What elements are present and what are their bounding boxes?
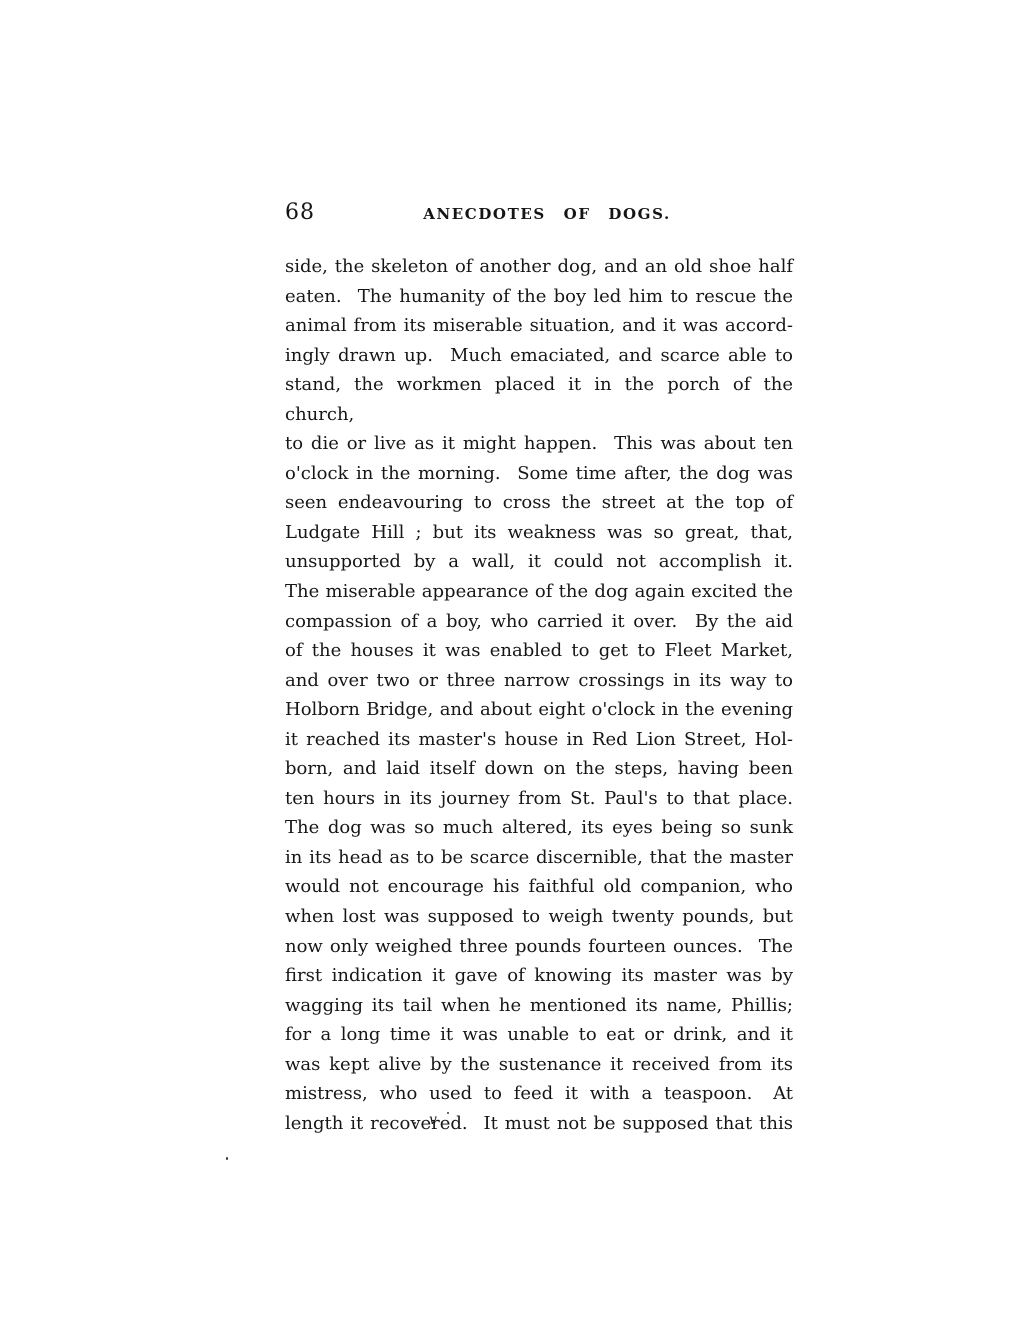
text-line: length it recovered. It must not be supp… bbox=[285, 1109, 793, 1139]
text-line: seen endeavouring to cross the street at… bbox=[285, 488, 793, 518]
text-line: for a long time it was unable to eat or … bbox=[285, 1020, 793, 1050]
ink-speck bbox=[414, 1122, 416, 1124]
text-line: in its head as to be scarce discernible,… bbox=[285, 843, 793, 873]
text-line: mistress, who used to feed it with a tea… bbox=[285, 1079, 793, 1109]
text-line: ten hours in its journey from St. Paul's… bbox=[285, 784, 793, 814]
ink-speck bbox=[226, 1157, 228, 1160]
text-line: ingly drawn up. Much emaciated, and scar… bbox=[285, 341, 793, 371]
running-title: ANECDOTES OF DOGS. bbox=[285, 205, 809, 223]
text-line: stand, the workmen placed it in the porc… bbox=[285, 370, 793, 429]
text-line: and over two or three narrow crossings i… bbox=[285, 666, 793, 696]
text-line: eaten. The humanity of the boy led him t… bbox=[285, 282, 793, 312]
text-line: The miserable appearance of the dog agai… bbox=[285, 577, 793, 607]
ink-speck bbox=[447, 1112, 449, 1114]
text-line: would not encourage his faithful old com… bbox=[285, 872, 793, 902]
text-line: when lost was supposed to weigh twenty p… bbox=[285, 902, 793, 932]
running-head: 68 ANECDOTES OF DOGS. bbox=[285, 200, 809, 228]
text-line: to die or live as it might happen. This … bbox=[285, 429, 793, 459]
text-line: it reached its master's house in Red Lio… bbox=[285, 725, 793, 755]
text-line: born, and laid itself down on the steps,… bbox=[285, 754, 793, 784]
scanned-book-page: 68 ANECDOTES OF DOGS. side, the skeleton… bbox=[0, 0, 1033, 1339]
text-line: of the houses it was enabled to get to F… bbox=[285, 636, 793, 666]
text-line: first indication it gave of knowing its … bbox=[285, 961, 793, 991]
text-line: o'clock in the morning. Some time after,… bbox=[285, 459, 793, 489]
text-line: was kept alive by the sustenance it rece… bbox=[285, 1050, 793, 1080]
text-line: unsupported by a wall, it could not acco… bbox=[285, 547, 793, 577]
text-line: Holborn Bridge, and about eight o'clock … bbox=[285, 695, 793, 725]
ink-smudge: v bbox=[429, 1113, 437, 1127]
text-block: side, the skeleton of another dog, and a… bbox=[285, 252, 793, 1138]
text-line: Ludgate Hill ; but its weakness was so g… bbox=[285, 518, 793, 548]
text-line: side, the skeleton of another dog, and a… bbox=[285, 252, 793, 282]
text-line: wagging its tail when he mentioned its n… bbox=[285, 991, 793, 1021]
text-line: animal from its miserable situation, and… bbox=[285, 311, 793, 341]
text-line: now only weighed three pounds fourteen o… bbox=[285, 932, 793, 962]
text-line: The dog was so much altered, its eyes be… bbox=[285, 813, 793, 843]
text-line: compassion of a boy, who carried it over… bbox=[285, 607, 793, 637]
